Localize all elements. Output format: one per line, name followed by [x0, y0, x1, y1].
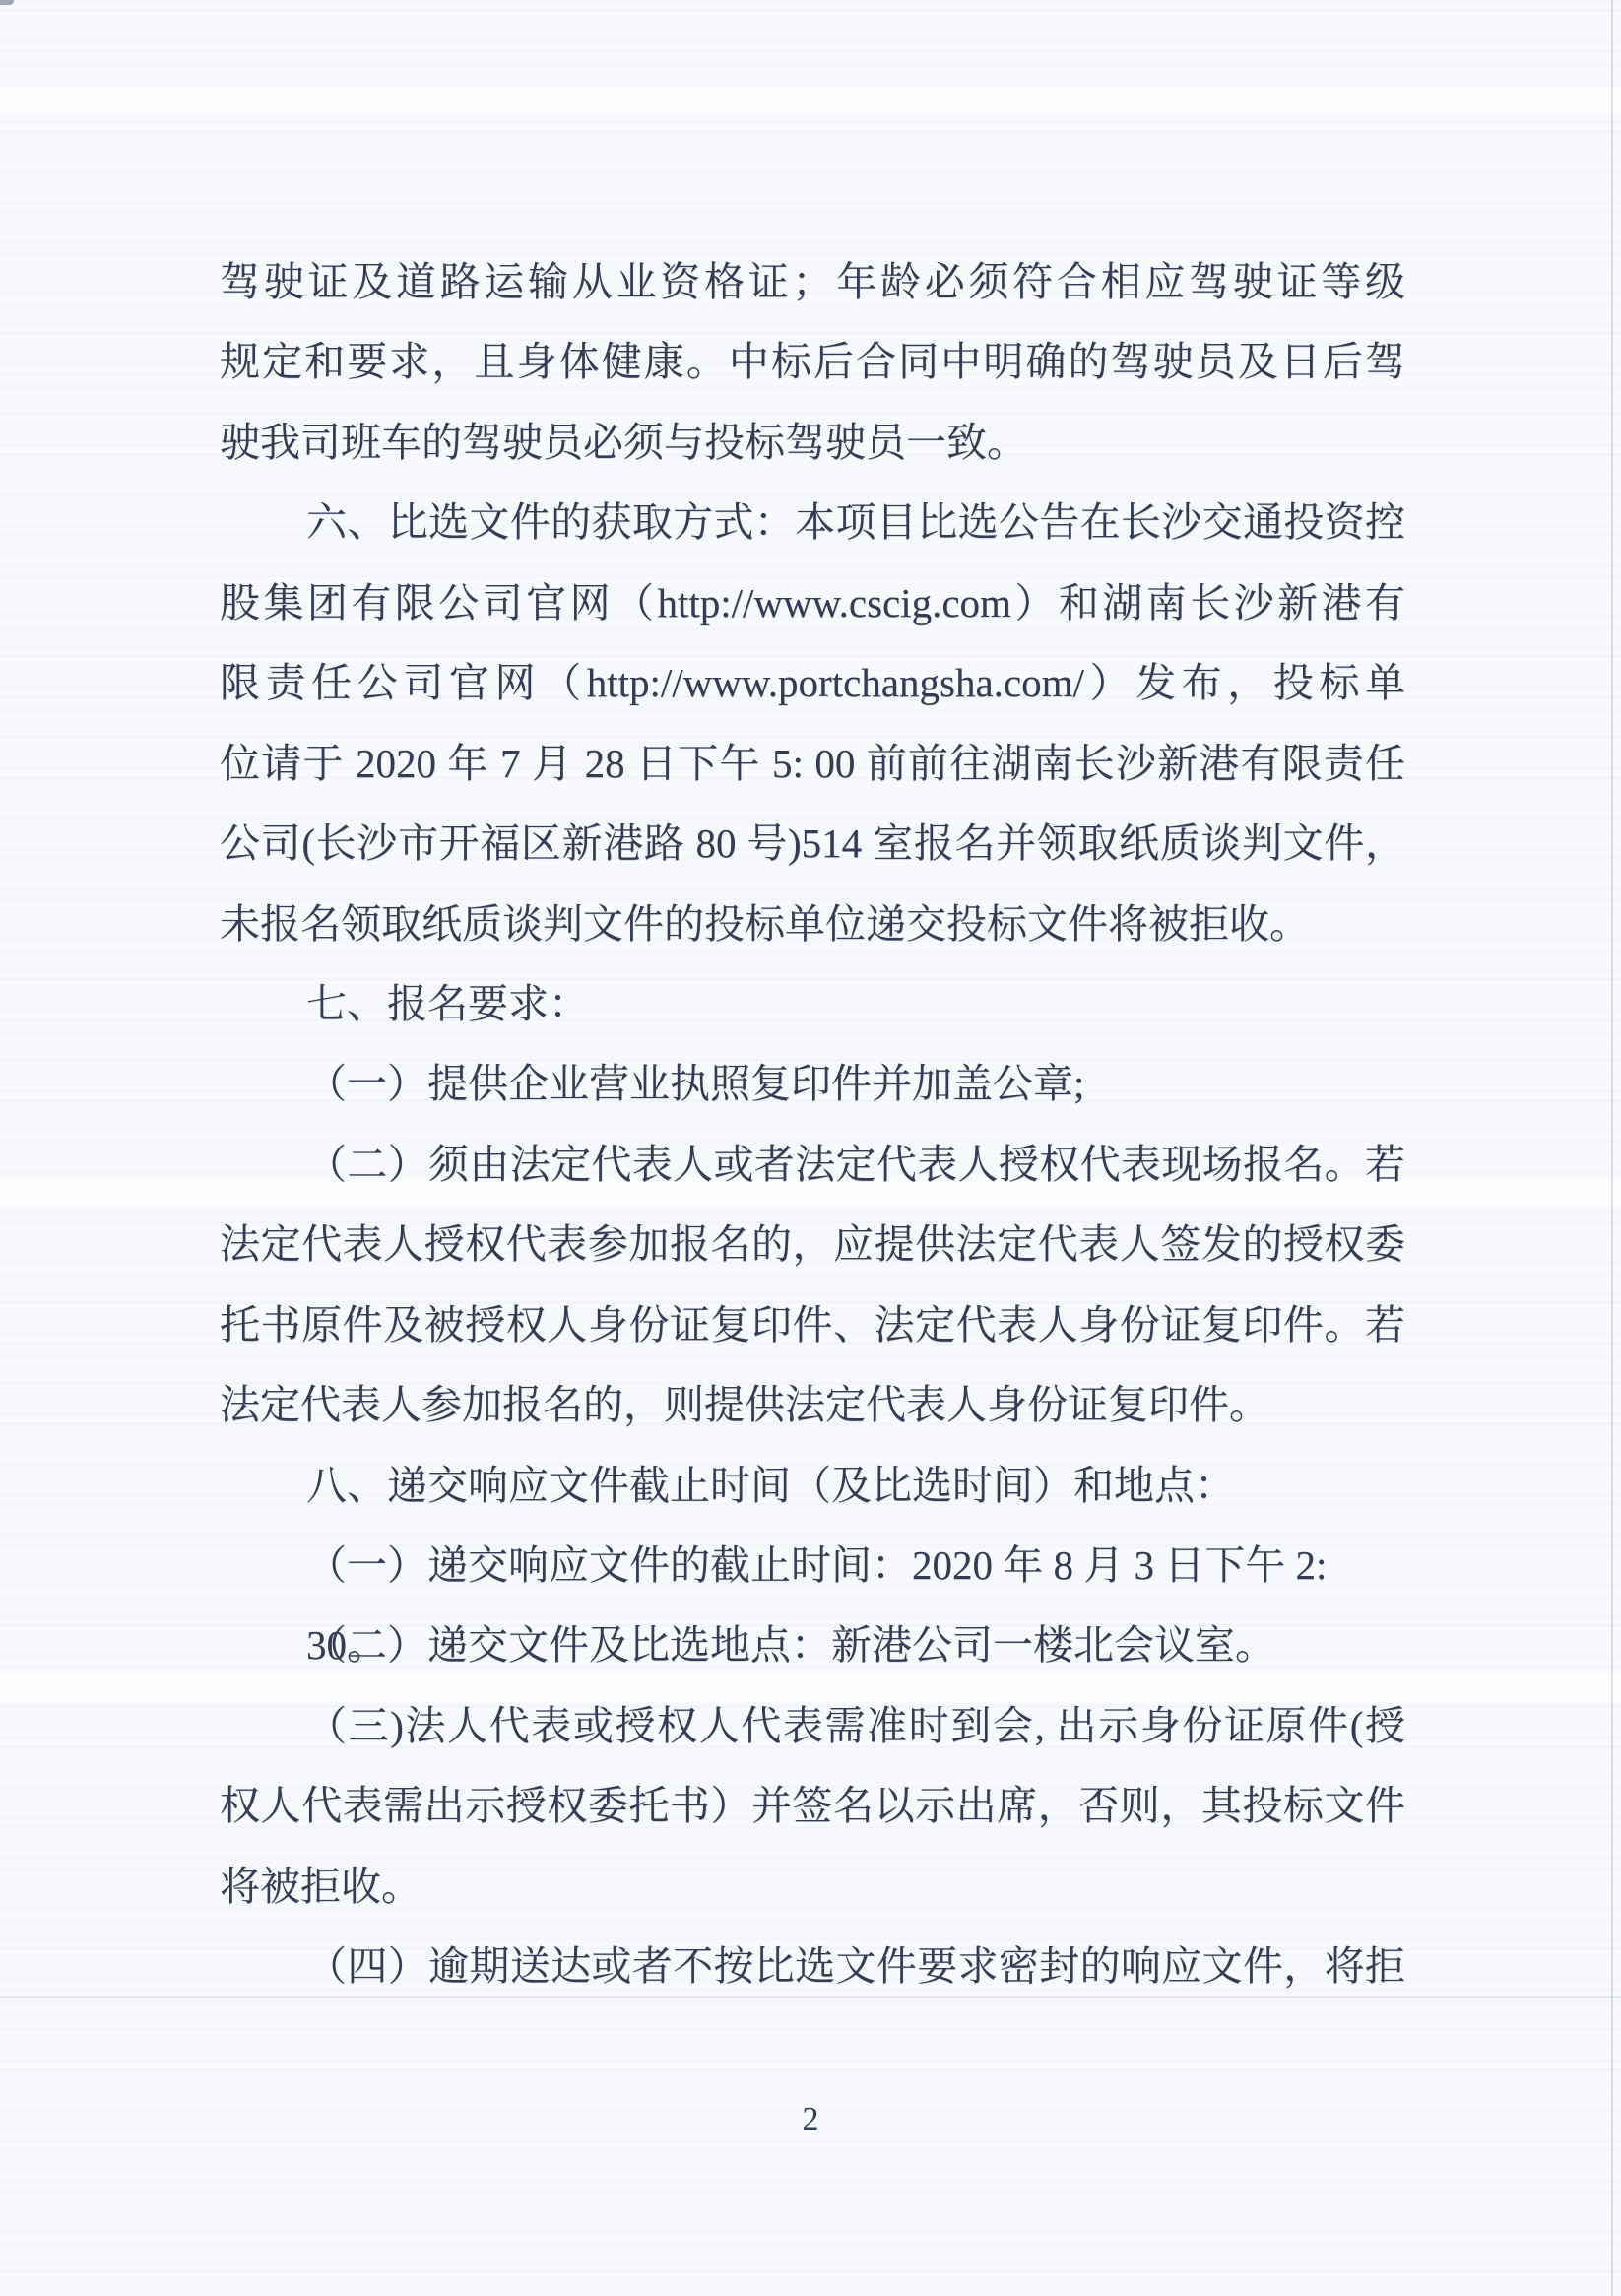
scan-edge-line	[1611, 0, 1613, 2296]
scan-corner-mark	[0, 0, 14, 5]
text-line: 六、比选文件的获取方式：本项目比选公告在长沙交通投资控	[220, 483, 1405, 562]
text-line: 驾驶证及道路运输从业资格证；年龄必须符合相应驾驶证等级	[220, 242, 1405, 322]
text-line: 将被拒收。	[220, 1847, 1405, 1927]
text-line: 七、报名要求：	[220, 964, 1405, 1044]
text-line: 限责任公司官网（http://www.portchangsha.com/）发布，…	[220, 643, 1405, 723]
text-line: （四）逾期送达或者不按比选文件要求密封的响应文件，将拒	[220, 1927, 1405, 2006]
text-line: （一）提供企业营业执照复印件并加盖公章;	[220, 1044, 1405, 1124]
text-line: 法定代表人参加报名的，则提供法定代表人身份证复印件。	[220, 1365, 1405, 1445]
text-line: （二）须由法定代表人或者法定代表人授权代表现场报名。若	[220, 1125, 1405, 1205]
text-line: （三)法人代表或授权人代表需准时到会, 出示身份证原件(授	[220, 1686, 1405, 1766]
text-line: （一）递交响应文件的截止时间：2020 年 8 月 3 日下午 2: 30。	[220, 1526, 1405, 1606]
text-line: 法定代表人授权代表参加报名的，应提供法定代表人签发的授权委	[220, 1205, 1405, 1284]
text-line: 位请于 2020 年 7 月 28 日下午 5: 00 前前往湖南长沙新港有限责…	[220, 724, 1405, 804]
scan-artifact-band	[0, 87, 1621, 112]
text-line: （二）递交文件及比选地点：新港公司一楼北会议室。	[220, 1606, 1405, 1685]
document-page: 驾驶证及道路运输从业资格证；年龄必须符合相应驾驶证等级规定和要求，且身体健康。中…	[0, 0, 1621, 2296]
text-line: 八、递交响应文件截止时间（及比选时间）和地点：	[220, 1446, 1405, 1526]
page-number: 2	[0, 2098, 1621, 2141]
text-line: 权人代表需出示授权委托书）并签名以示出席，否则，其投标文件	[220, 1766, 1405, 1846]
text-line: 托书原件及被授权人身份证复印件、法定代表人身份证复印件。若	[220, 1285, 1405, 1365]
text-line: 未报名领取纸质谈判文件的投标单位递交投标文件将被拒收。	[220, 885, 1405, 964]
text-line: 规定和要求，且身体健康。中标后合同中明确的驾驶员及日后驾	[220, 322, 1405, 402]
text-line: 驶我司班车的驾驶员必须与投标驾驶员一致。	[220, 403, 1405, 483]
document-text: 驾驶证及道路运输从业资格证；年龄必须符合相应驾驶证等级规定和要求，且身体健康。中…	[220, 242, 1405, 2007]
text-line: 股集团有限公司官网（http://www.cscig.com）和湖南长沙新港有	[220, 563, 1405, 643]
text-line: 公司(长沙市开福区新港路 80 号)514 室报名并领取纸质谈判文件，	[220, 804, 1405, 884]
